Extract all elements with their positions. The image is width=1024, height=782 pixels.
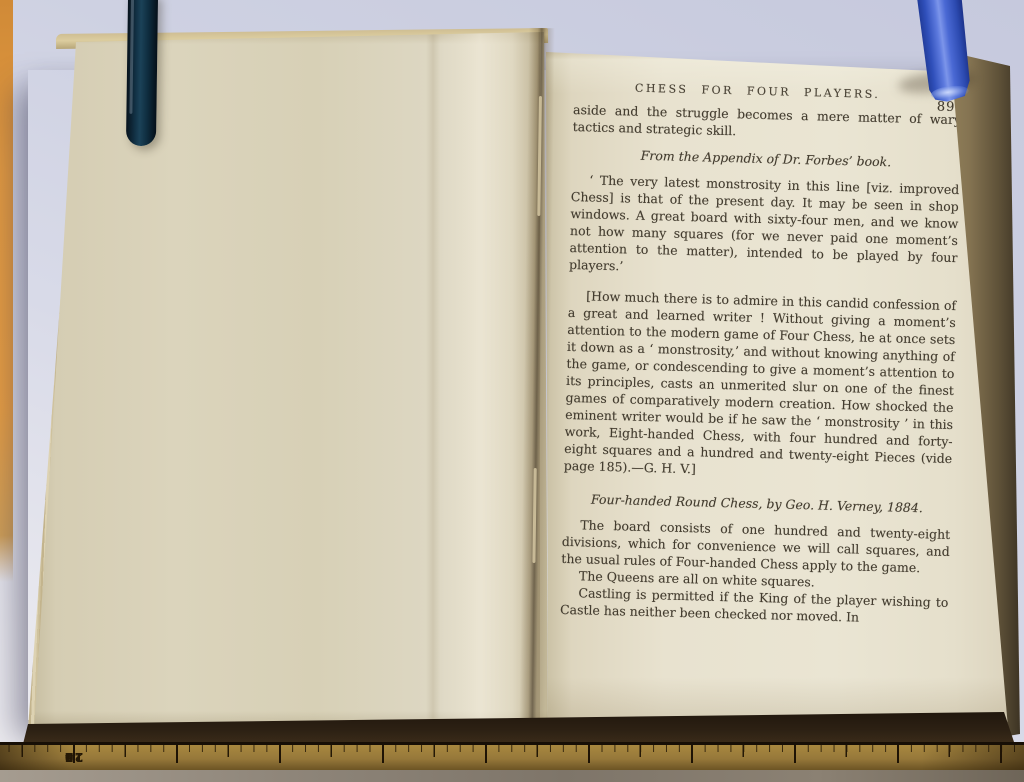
table-edge — [0, 770, 1024, 782]
navy-pen — [126, 0, 158, 146]
section-heading: Four-handed Round Chess, by Geo. H. Vern… — [563, 490, 951, 517]
book-photograph: CHESS FOR FOUR PLAYERS. 89 aside and the… — [0, 0, 1024, 782]
gutter-stitching — [537, 96, 542, 216]
ruler-number: 13 — [22, 750, 125, 765]
running-head: CHESS FOR FOUR PLAYERS. — [584, 78, 932, 104]
gutter-stitching — [532, 468, 536, 563]
wooden-ruler: 22212019181716151413 — [0, 742, 1024, 770]
blank-left-page — [30, 30, 548, 732]
blue-marker-cap — [906, 0, 981, 105]
printed-text-block: CHESS FOR FOUR PLAYERS. 89 aside and the… — [560, 78, 962, 628]
book-paragraph: aside and the struggle becomes a mere ma… — [573, 101, 962, 145]
orange-strip — [0, 0, 13, 582]
book-paragraph: ‘ The very latest monstrosity in this li… — [569, 171, 960, 283]
pen-highlight — [129, 0, 134, 114]
book-paragraph: [How much there is to admire in this can… — [564, 287, 957, 484]
section-heading: From the Appendix of Dr. Forbes’ book. — [572, 145, 960, 172]
text-right-page: CHESS FOR FOUR PLAYERS. 89 aside and the… — [544, 46, 1010, 732]
page-crease — [426, 30, 440, 732]
